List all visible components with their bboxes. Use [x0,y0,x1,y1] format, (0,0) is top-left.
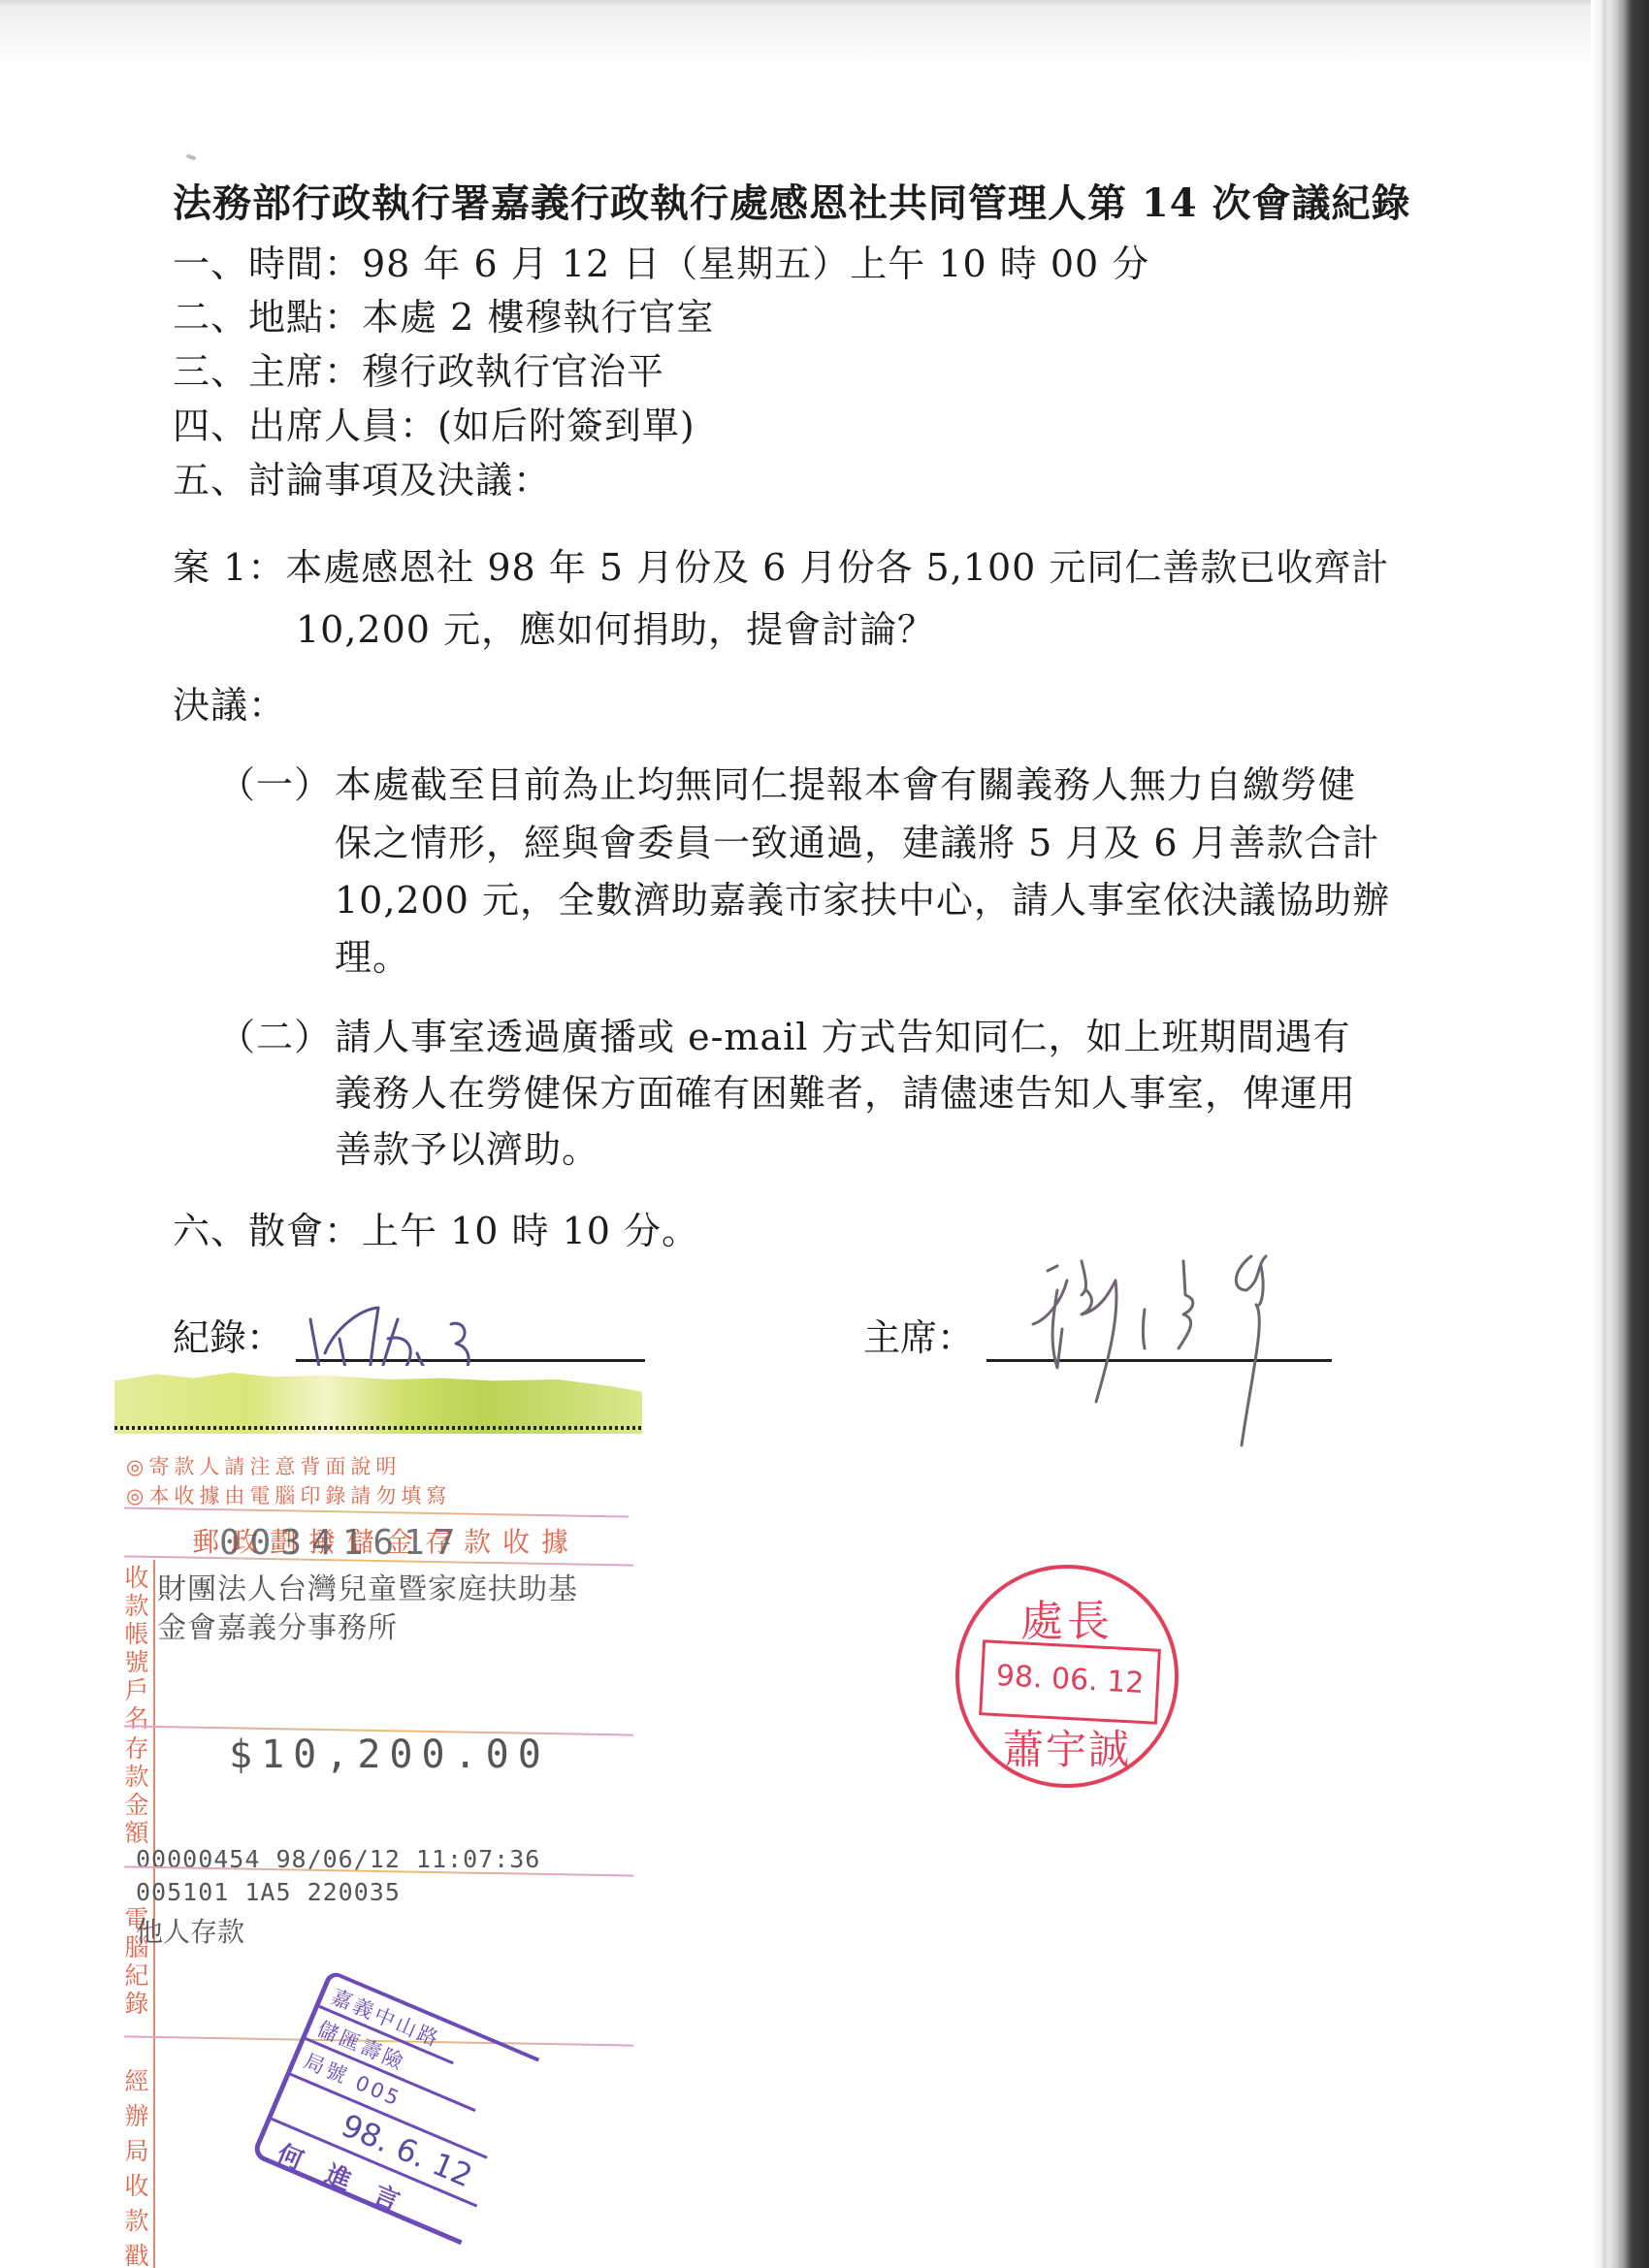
director-seal: 處長 98. 06. 12 蕭宇誠 [955,1565,1179,1788]
chair-signature [1028,1251,1358,1465]
case-1-line-2: 10,200 元，應如何捐助，提會討論？ [296,611,935,648]
resolution-1-marker: （一） [218,766,332,803]
seal-title: 處長 [959,1586,1175,1648]
code-line: 005101 1A5 220035 [136,1878,401,1906]
resolution-1-line: 10,200 元，全數濟助嘉義市家扶中心，請人事室依決議協助辦 [335,882,1390,919]
document-title: 法務部行政執行署嘉義行政執行處感恩社共同管理人第 14 次會議紀錄 [173,184,1411,223]
scan-top-edge [0,0,1649,8]
label-office-stamp: 經辦局收款戳 [122,2064,151,2268]
resolution-2-line: 義務人在勞健保方面確有困難者，請儘速告知人事室，俾運用 [335,1075,1356,1112]
item-time: 一、時間：98 年 6 月 12 日（星期五）上午 10 時 00 分 [173,245,1149,282]
payee-line-2: 金會嘉義分事務所 [157,1604,398,1646]
seal-date: 98. 06. 12 [983,1658,1157,1701]
receipt-torn-strip [114,1366,642,1434]
scan-top-shadow [0,8,1610,66]
item-chair: 三、主席：穆行政執行官治平 [173,353,664,390]
label-amount: 存款金額 [122,1734,151,1847]
resolution-1-line: 保之情形，經與會委員一致通過，建議將 5 月及 6 月善款合計 [335,825,1380,861]
seal-date-box: 98. 06. 12 [979,1639,1161,1725]
scan-speck [186,153,197,160]
item-discussion: 五、討論事項及決議： [173,462,551,499]
case-1-line-1: 案 1：本處感恩社 98 年 5 月份及 6 月份各 5,100 元同仁善款已收… [173,549,1389,586]
resolution-2-marker: （二） [218,1019,332,1055]
chair-label: 主席： [863,1319,974,1356]
item-location: 二、地點：本處 2 樓穆執行官室 [173,299,714,336]
resolution-1-line: 本處截至目前為止均無同仁提報本會有關義務人無力自繳勞健 [335,766,1356,803]
receipt-note-2: ◎本收據由電腦印錄請勿填寫 [126,1480,451,1509]
payee-line-1: 財團法人台灣兒童暨家庭扶助基 [157,1565,578,1607]
resolution-2-line: 善款予以濟助。 [335,1131,599,1168]
adjourn-line: 六、散會：上午 10 時 10 分。 [173,1213,699,1249]
scan-right-edge [1591,0,1649,2268]
label-account-name: 收款帳號戶名 [122,1564,151,1733]
deposit-type: 他人存款 [136,1911,244,1950]
receipt-note-1: ◎寄款人請注意背面說明 [126,1451,401,1480]
item-attendees: 四、出席人員：(如后附簽到單) [173,407,695,444]
deposit-amount: $10,200.00 [229,1733,550,1777]
resolution-2-line: 請人事室透過廣播或 e-mail 方式告知同仁，如上班期間遇有 [335,1019,1350,1055]
seal-name: 蕭宇誠 [959,1718,1175,1776]
resolution-label: 決議： [173,687,286,724]
recorder-label: 紀錄： [173,1319,283,1356]
resolution-1-line: 理。 [335,939,410,976]
